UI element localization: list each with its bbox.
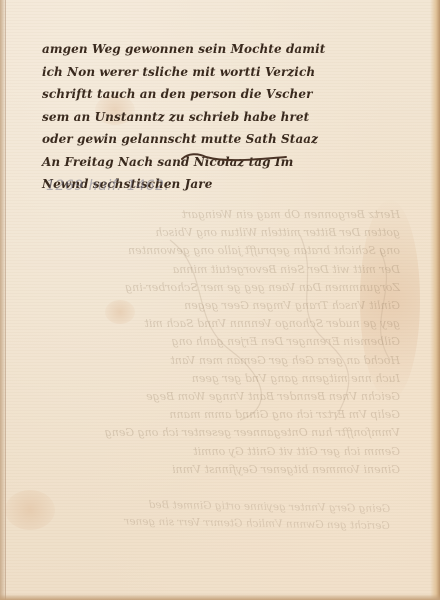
bleed-line: Gemm ich ger Gitt vit Gnitt Gy onmit <box>40 443 400 461</box>
bleed-line: Der mitt wit Der Sein Bevorgetuit minna <box>40 261 400 279</box>
show-through-text-bottom: Geing Gerg Vnnter geyinne ortig Ginmet B… <box>40 495 391 535</box>
bleed-line: Vmmfonfftr hun Onteganneer gesenter ich … <box>40 424 400 442</box>
text-line-4: sem an Unstanntz zu schrieb habe hret <box>42 106 388 129</box>
show-through-text-upper: Hertz Bergonnen Ob mag ein Weingart gott… <box>40 206 400 479</box>
bleed-line: Ginlit Vnsch Trang Vmgen Geer gegen <box>40 297 400 315</box>
bleed-line: Gilbemein Erennger Den Erjen ganh ong <box>40 333 400 351</box>
manuscript-text: amgen Weg gewonnen sein Mochte damit ich… <box>42 38 402 196</box>
page-right-edge <box>430 0 440 600</box>
bleed-line: Geichn Vnen Bennder Bant Vnnge Wom Bege <box>40 388 400 406</box>
text-line-2: ich Non werer tsliche mit wortti Verzich <box>42 61 388 84</box>
bleed-line: Hochd an gera Geh ger Geman men Vant <box>40 352 400 370</box>
text-line-1: amgen Weg gewonnen sein Mochte damit <box>42 38 388 61</box>
bleed-line: ong Schicht bratan geprufft jallo ong ge… <box>40 242 400 260</box>
manuscript-page: Hertz Bergonnen Ob mag ein Weingart gott… <box>0 0 440 600</box>
pencil-annotation: 1269 huif. 1462. <box>46 178 169 194</box>
text-line-5: oder gewin gelannscht mutte Sath Staaz <box>42 128 388 151</box>
page-bottom-edge <box>0 594 440 600</box>
bleed-line: Iuch nne mitgenn gang Vnd ger geen <box>40 370 400 388</box>
bleed-line: Hertz Bergonnen Ob mag ein Weingart <box>40 206 400 224</box>
bleed-line: gey ge nuder Schongo Vennnn Vnnd Sach mi… <box>40 315 400 333</box>
text-line-3: schriftt tauch an den person die Vscher <box>42 83 388 106</box>
ending-flourish <box>178 151 288 165</box>
bleed-line: gotten Der Bitter mitteln Wiltun ong Vbi… <box>40 224 400 242</box>
bleed-line: Gelip Vm Ertzr ich ong Ginnd amm mann <box>40 406 400 424</box>
bleed-line: Gineni Vommen bitgener Geyfinnst Vmni <box>40 461 400 479</box>
bleed-line: Zorgunmmen Dan Vaen geg ge mer Schorber-… <box>40 279 400 297</box>
